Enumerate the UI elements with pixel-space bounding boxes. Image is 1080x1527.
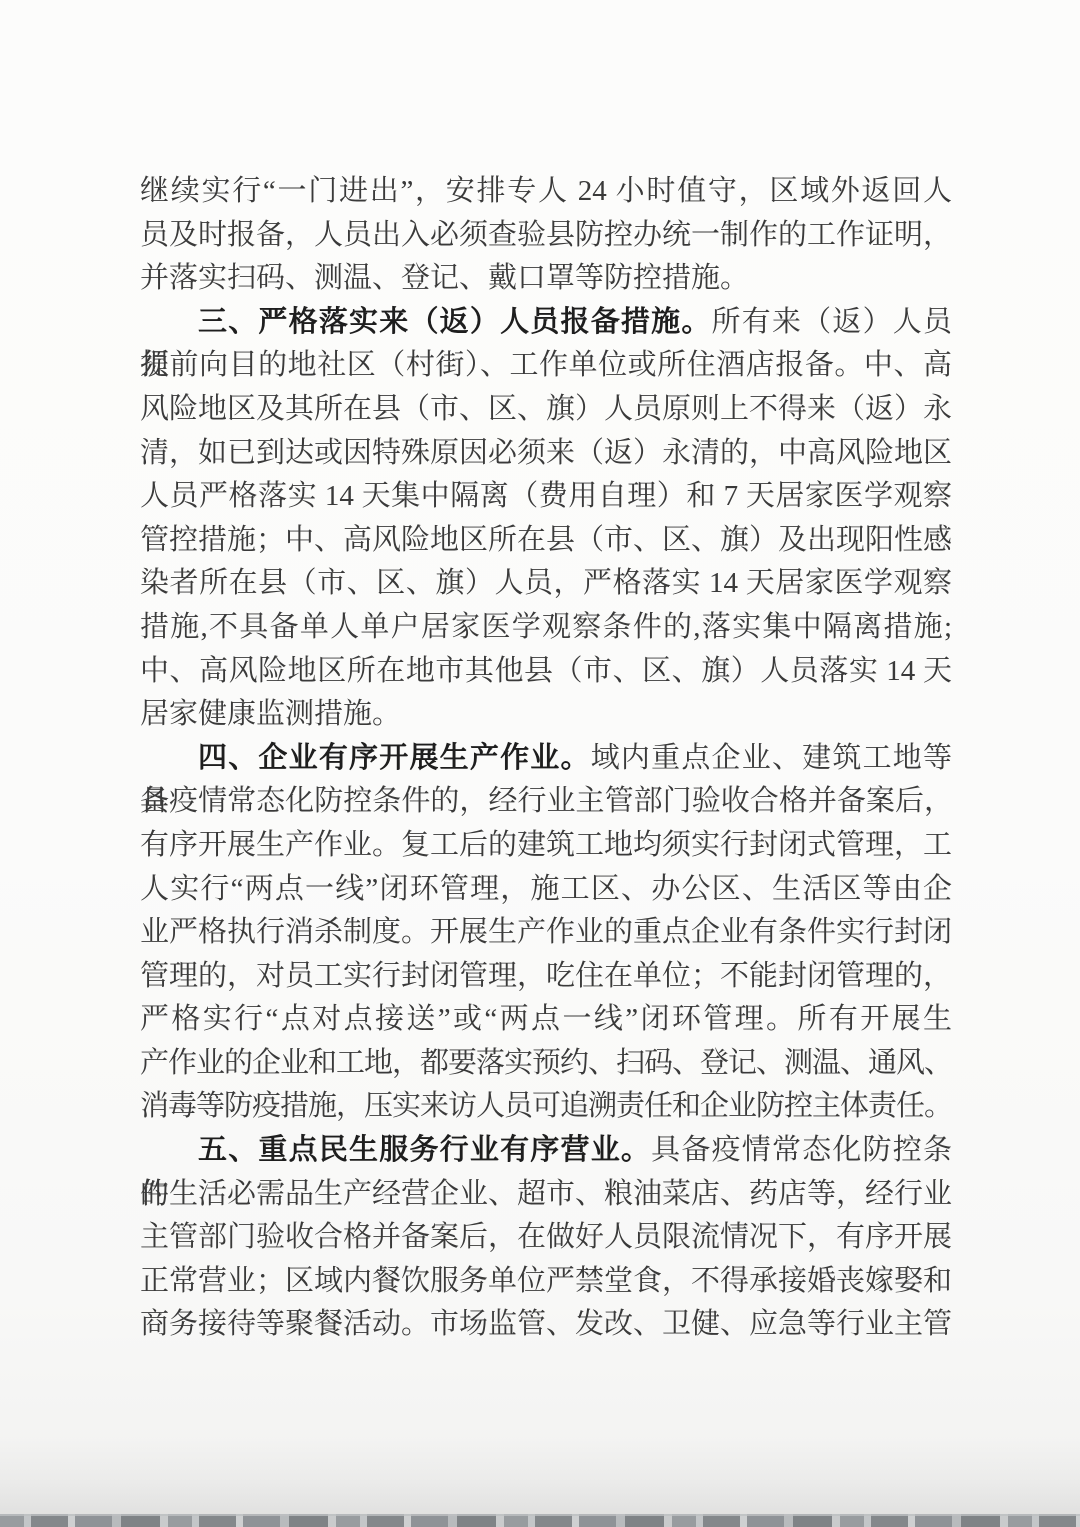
text-segment: 措施,不具备单人单户居家医学观察条件的,落实集中隔离措施; (140, 611, 952, 643)
text-segment: 员及时报备，人员出入必须查验县防控办统一制作的工作证明， (140, 219, 952, 251)
scanned-page: 继续实行“一门进出”，安排专人 24 小时值守，区域外返回人员及时报备，人员出入… (0, 0, 1080, 1527)
text-line: 措施,不具备单人单户居家医学观察条件的,落实集中隔离措施; (140, 606, 952, 650)
text-segment: 人员严格落实 14 天集中隔离（费用自理）和 7 天居家医学观察 (140, 480, 952, 512)
text-line: 并落实扫码、测温、登记、戴口罩等防控措施。 (140, 257, 952, 301)
text-segment: 管理的，对员工实行封闭管理，吃住在单位；不能封闭管理的， (140, 960, 952, 992)
document-body: 继续实行“一门进出”，安排专人 24 小时值守，区域外返回人员及时报备，人员出入… (140, 170, 952, 1347)
paragraph: 五、重点民生服务行业有序营业。具备疫情常态化防控条件的生活必需品生产经营企业、超… (140, 1129, 952, 1347)
text-segment: 产作业的企业和工地，都要落实预约、扫码、登记、测温、通风、 (140, 1047, 952, 1079)
text-line: 正常营业；区域内餐饮服务单位严禁堂食，不得承接婚丧嫁娶和 (140, 1260, 952, 1304)
text-line: 五、重点民生服务行业有序营业。具备疫情常态化防控条件 (140, 1129, 952, 1173)
text-line: 业严格执行消杀制度。开展生产作业的重点企业有条件实行封闭 (140, 911, 952, 955)
text-segment: 继续实行“一门进出”，安排专人 24 小时值守，区域外返回人 (140, 175, 952, 207)
text-line: 产作业的企业和工地，都要落实预约、扫码、登记、测温、通风、 (140, 1042, 952, 1086)
text-segment: 提前向目的地社区（村街）、工作单位或所住酒店报备。中、高 (140, 349, 952, 381)
text-segment: 风险地区及其所在县（市、区、旗）人员原则上不得来（返）永 (140, 393, 952, 425)
text-line: 主管部门验收合格并备案后，在做好人员限流情况下，有序开展 (140, 1216, 952, 1260)
text-line: 的生活必需品生产经营企业、超市、粮油菜店、药店等，经行业 (140, 1173, 952, 1217)
text-line: 清，如已到达或因特殊原因必须来（返）永清的，中高风险地区 (140, 432, 952, 476)
text-line: 严格实行“点对点接送”或“两点一线”闭环管理。所有开展生 (140, 998, 952, 1042)
text-line: 继续实行“一门进出”，安排专人 24 小时值守，区域外返回人 (140, 170, 952, 214)
text-line: 人员严格落实 14 天集中隔离（费用自理）和 7 天居家医学观察 (140, 475, 952, 519)
paragraph: 三、严格落实来（返）人员报备措施。所有来（返）人员须提前向目的地社区（村街）、工… (140, 301, 952, 737)
text-segment: 备疫情常态化防控条件的，经行业主管部门验收合格并备案后， (140, 785, 952, 817)
text-line: 提前向目的地社区（村街）、工作单位或所住酒店报备。中、高 (140, 344, 952, 388)
text-segment: 居家健康监测措施。 (140, 698, 401, 730)
section-heading-segment: 三、严格落实来（返）人员报备措施。 (198, 306, 712, 338)
paragraph: 四、企业有序开展生产作业。域内重点企业、建筑工地等具备疫情常态化防控条件的，经行… (140, 737, 952, 1129)
scan-bottom-edge (0, 1514, 1080, 1527)
text-line: 人实行“两点一线”闭环管理，施工区、办公区、生活区等由企 (140, 868, 952, 912)
paragraph: 继续实行“一门进出”，安排专人 24 小时值守，区域外返回人员及时报备，人员出入… (140, 170, 952, 301)
text-segment: 商务接待等聚餐活动。市场监管、发改、卫健、应急等行业主管 (140, 1308, 952, 1340)
text-segment: 的生活必需品生产经营企业、超市、粮油菜店、药店等，经行业 (140, 1178, 952, 1210)
text-segment: 主管部门验收合格并备案后，在做好人员限流情况下，有序开展 (140, 1221, 952, 1253)
text-segment: 中、高风险地区所在地市其他县（市、区、旗）人员落实 14 天 (140, 655, 952, 687)
text-segment: 染者所在县（市、区、旗）人员，严格落实 14 天居家医学观察 (140, 567, 952, 599)
text-line: 居家健康监测措施。 (140, 693, 952, 737)
text-segment: 人实行“两点一线”闭环管理，施工区、办公区、生活区等由企 (140, 873, 952, 905)
text-segment: 管控措施；中、高风险地区所在县（市、区、旗）及出现阳性感 (140, 524, 952, 556)
text-segment: 业严格执行消杀制度。开展生产作业的重点企业有条件实行封闭 (140, 916, 952, 948)
text-segment: 正常营业；区域内餐饮服务单位严禁堂食，不得承接婚丧嫁娶和 (140, 1265, 952, 1297)
text-line: 三、严格落实来（返）人员报备措施。所有来（返）人员须 (140, 301, 952, 345)
text-segment: 并落实扫码、测温、登记、戴口罩等防控措施。 (140, 262, 749, 294)
text-segment: 有序开展生产作业。复工后的建筑工地均须实行封闭式管理，工 (140, 829, 952, 861)
text-line: 管控措施；中、高风险地区所在县（市、区、旗）及出现阳性感 (140, 519, 952, 563)
text-line: 风险地区及其所在县（市、区、旗）人员原则上不得来（返）永 (140, 388, 952, 432)
text-line: 员及时报备，人员出入必须查验县防控办统一制作的工作证明， (140, 214, 952, 258)
text-line: 染者所在县（市、区、旗）人员，严格落实 14 天居家医学观察 (140, 562, 952, 606)
text-line: 四、企业有序开展生产作业。域内重点企业、建筑工地等具 (140, 737, 952, 781)
text-line: 管理的，对员工实行封闭管理，吃住在单位；不能封闭管理的， (140, 955, 952, 999)
text-line: 备疫情常态化防控条件的，经行业主管部门验收合格并备案后， (140, 780, 952, 824)
scan-bottom-shadow (0, 1437, 1080, 1517)
text-segment: 消毒等防疫措施，压实来访人员可追溯责任和企业防控主体责任。 (140, 1090, 952, 1122)
text-line: 商务接待等聚餐活动。市场监管、发改、卫健、应急等行业主管 (140, 1303, 952, 1347)
section-heading-segment: 四、企业有序开展生产作业。 (198, 742, 591, 774)
text-segment: 严格实行“点对点接送”或“两点一线”闭环管理。所有开展生 (140, 1003, 952, 1035)
section-heading-segment: 五、重点民生服务行业有序营业。 (198, 1134, 651, 1166)
text-line: 消毒等防疫措施，压实来访人员可追溯责任和企业防控主体责任。 (140, 1085, 952, 1129)
text-line: 中、高风险地区所在地市其他县（市、区、旗）人员落实 14 天 (140, 650, 952, 694)
text-line: 有序开展生产作业。复工后的建筑工地均须实行封闭式管理，工 (140, 824, 952, 868)
text-segment: 清，如已到达或因特殊原因必须来（返）永清的，中高风险地区 (140, 437, 952, 469)
